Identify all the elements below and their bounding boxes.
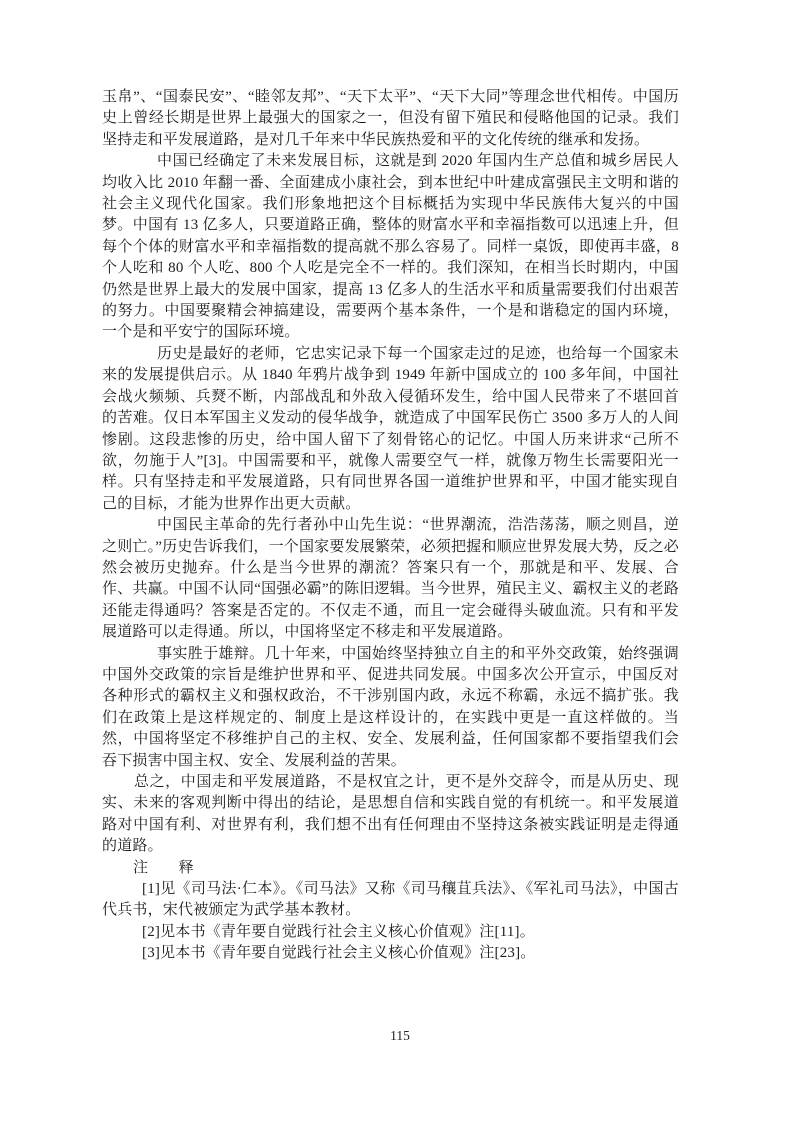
paragraph-3: 历史是最好的老师，它忠实记录下每一个国家走过的足迹，也给每一个国家未来的发展提供…: [102, 344, 679, 515]
paragraph-5: 事实胜于雄辩。几十年来，中国始终坚持独立自主的和平外交政策，始终强调中国外交政策…: [102, 644, 679, 772]
notes-heading: 注 释: [102, 858, 679, 879]
paragraph-2: 中国已经确定了未来发展目标，这就是到 2020 年国内生产总值和城乡居民人均收入…: [102, 151, 679, 344]
note-1: [1]见《司马法·仁本》。《司马法》又称《司马穰苴兵法》、《军礼司马法》，中国古…: [102, 879, 679, 922]
note-3: [3]见本书《青年要自觉践行社会主义核心价值观》注[23]。: [102, 943, 679, 964]
paragraph-6: 总之，中国走和平发展道路，不是权宜之计，更不是外交辞令，而是从历史、现实、未来的…: [102, 772, 679, 858]
page-number: 115: [0, 1028, 800, 1044]
document-page: 玉帛”、“国泰民安”、“睦邻友邦”、“天下太平”、“天下大同”等理念世代相传。中…: [0, 0, 800, 1131]
note-2: [2]见本书《青年要自觉践行社会主义核心价值观》注[11]。: [102, 922, 679, 943]
document-content: 玉帛”、“国泰民安”、“睦邻友邦”、“天下太平”、“天下大同”等理念世代相传。中…: [102, 87, 679, 965]
paragraph-4: 中国民主革命的先行者孙中山先生说：“世界潮流，浩浩荡荡，顺之则昌，逆之则亡。”历…: [102, 515, 679, 643]
paragraph-1: 玉帛”、“国泰民安”、“睦邻友邦”、“天下太平”、“天下大同”等理念世代相传。中…: [102, 87, 679, 151]
